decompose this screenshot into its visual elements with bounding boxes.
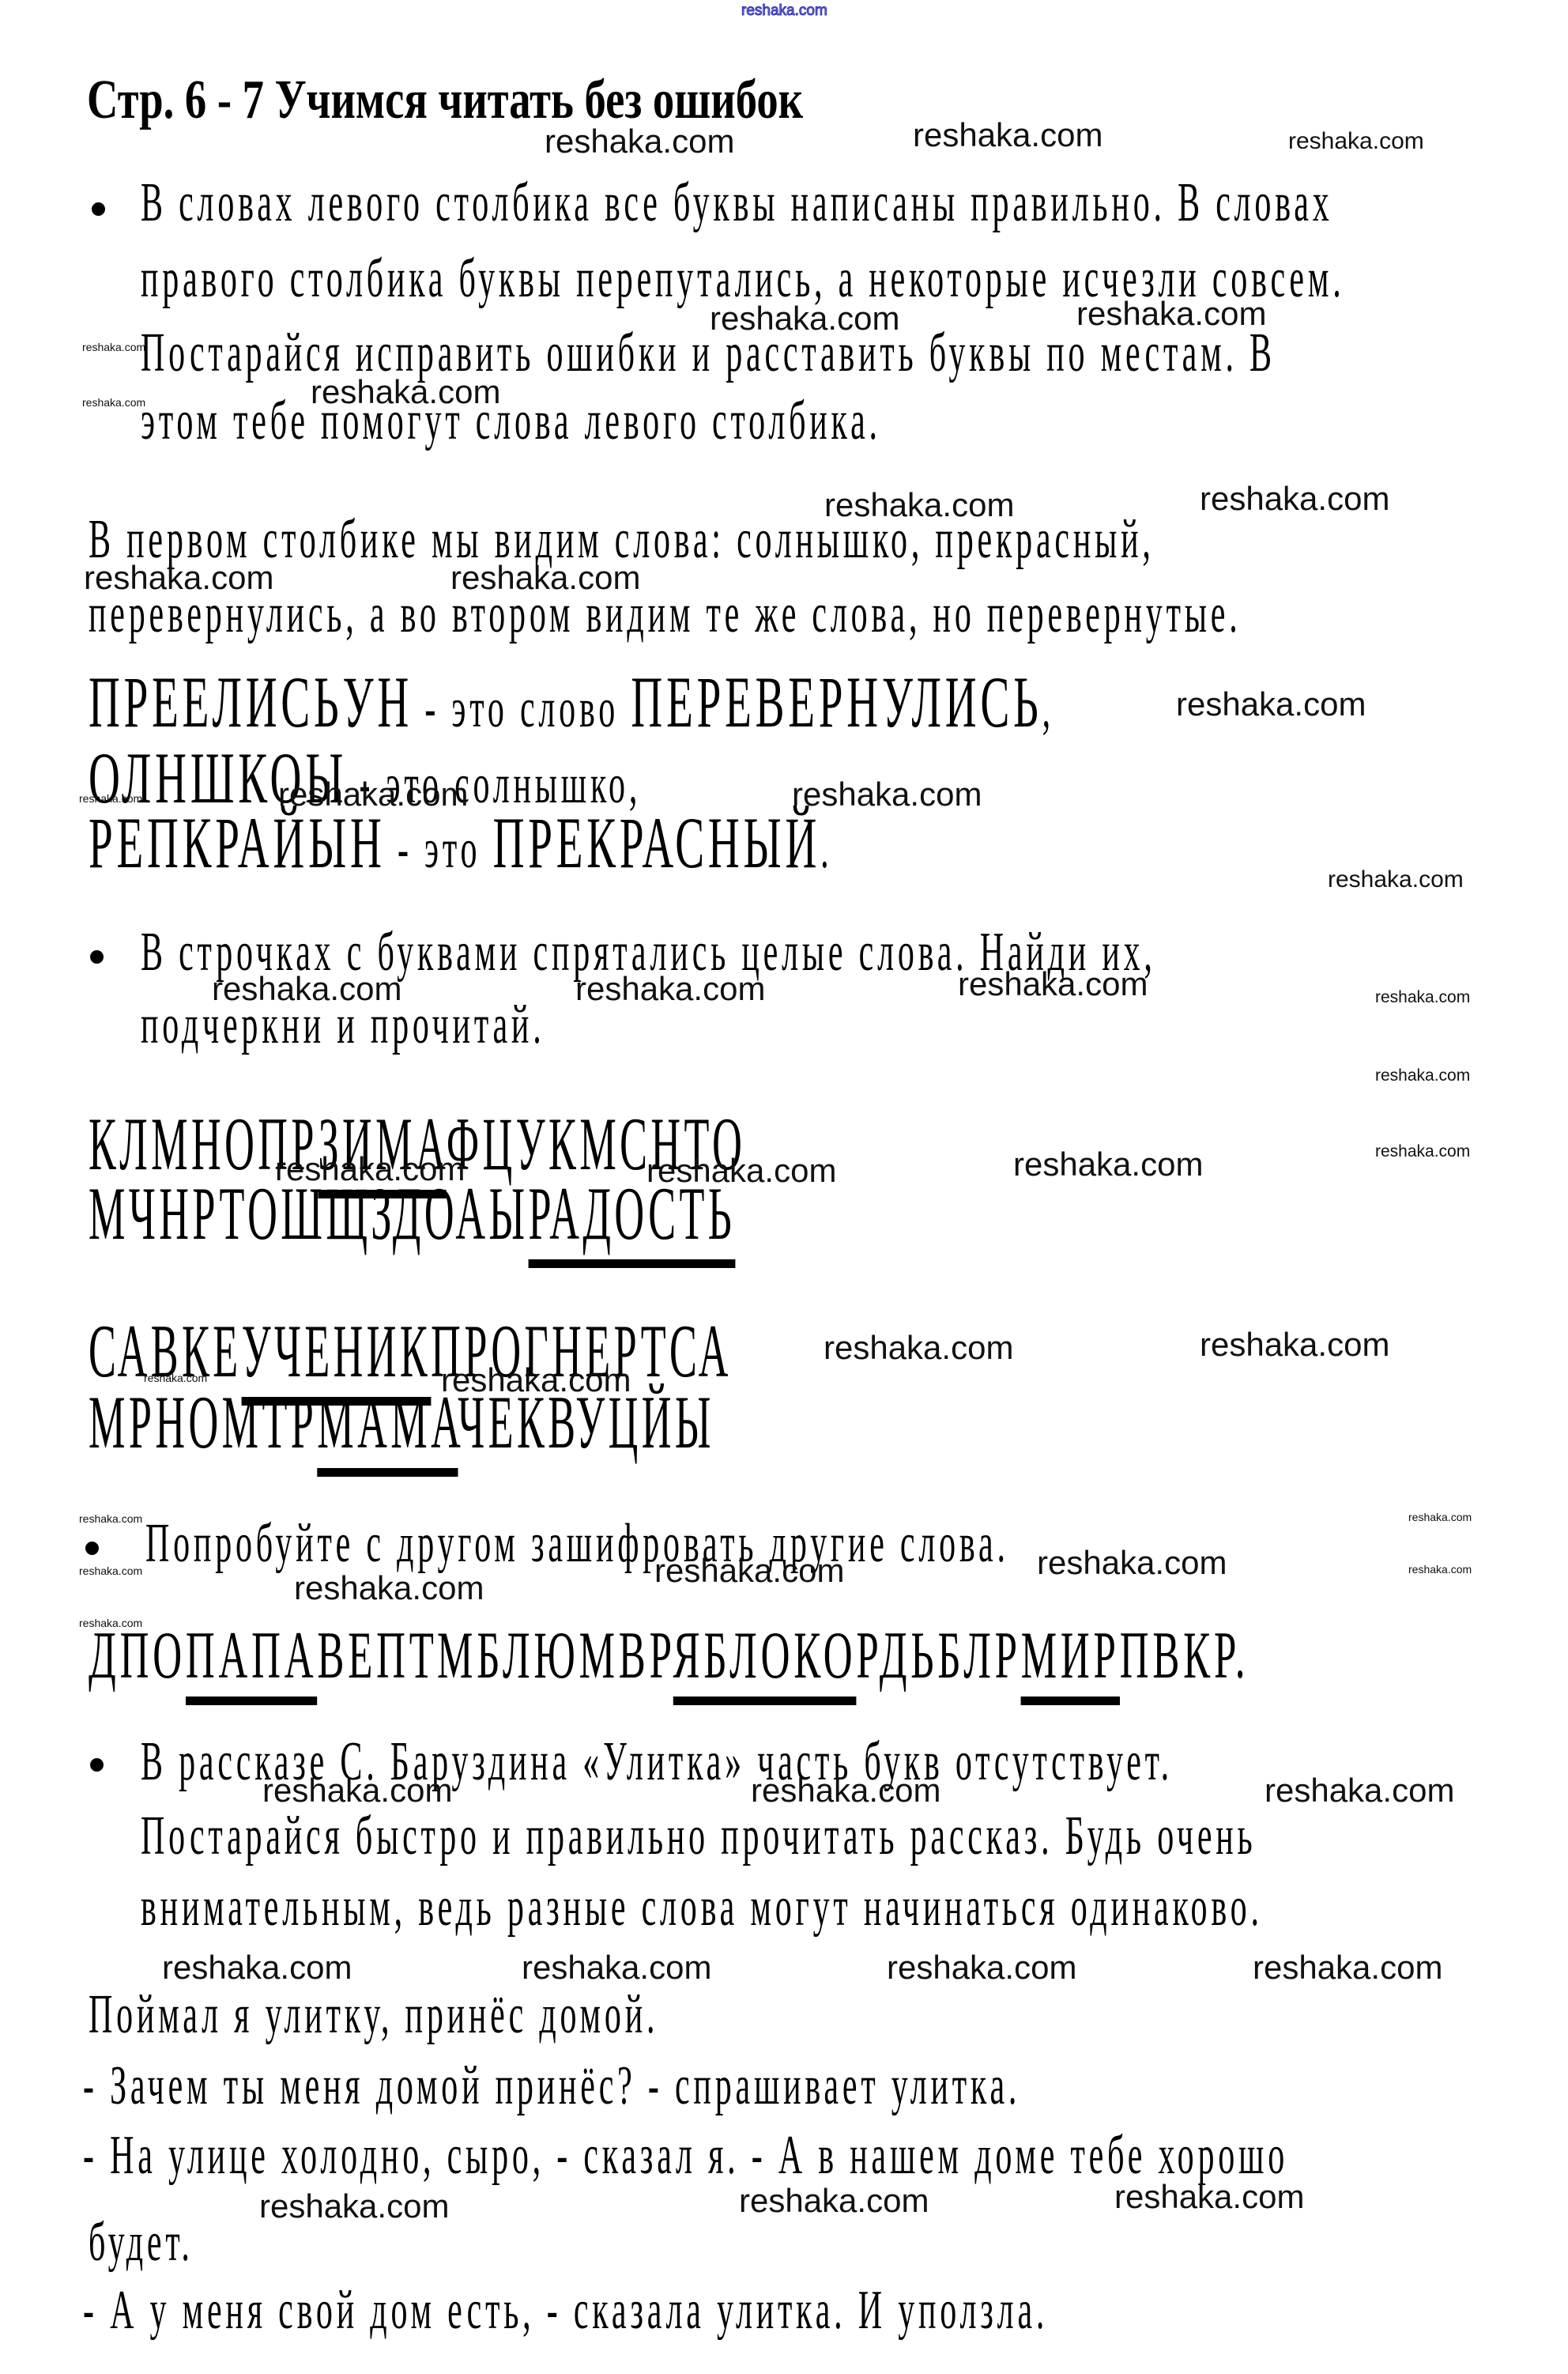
hidden-word-underlined: МИР <box>1021 1618 1120 1705</box>
watermark-text: reshaka.com <box>79 1513 142 1524</box>
bullet-marker <box>92 202 105 216</box>
watermark-text: reshaka.com <box>1288 130 1424 153</box>
task4-line-3: внимательным, ведь разные слова могут на… <box>141 1880 1263 1935</box>
story-line-1: Поймал я улитку, принёс домой. <box>89 1987 658 2043</box>
watermark-text: reshaka.com <box>144 1372 207 1383</box>
watermark-text: reshaka.com <box>792 778 982 811</box>
letters: МРНОМТР <box>89 1380 317 1464</box>
watermark-text: reshaka.com <box>212 972 401 1006</box>
cipher-row: ДПОПАПАВЕПТМБЛЮМВРЯБЛОКОРДЬБЛРМИРПВКР. <box>89 1622 1249 1689</box>
task1-line-4: этом тебе помогут слова левого столбика. <box>141 394 881 449</box>
watermark-text: reshaka.com <box>710 302 899 335</box>
watermark-text: reshaka.com <box>646 1154 836 1187</box>
decoded-punct: , <box>1042 678 1054 739</box>
watermark-text: reshaka.com <box>1076 297 1266 330</box>
watermark-text: reshaka.com <box>958 968 1148 1001</box>
watermark-text: reshaka.com <box>1375 1143 1470 1160</box>
watermark-text: reshaka.com <box>887 1951 1076 1984</box>
bullet-marker <box>90 1758 104 1772</box>
decoded-word: РЕПКРАЙЫН <box>89 802 386 883</box>
watermark-text: reshaka.com <box>311 376 500 409</box>
watermark-text: reshaka.com <box>824 1331 1013 1364</box>
bullet-marker <box>90 950 104 964</box>
decoded-word: ПРЕКРАСНЫЙ <box>493 802 821 883</box>
watermark-text: reshaka.com <box>1408 1512 1472 1523</box>
scanned-workbook-page: Стр. 6 - 7 Учимся читать без ошибок В сл… <box>0 0 1568 2374</box>
watermark-text: reshaka.com <box>1265 1774 1454 1807</box>
watermark-text: reshaka.com <box>79 1565 142 1576</box>
watermark-text: reshaka.com <box>1176 688 1366 721</box>
decoded-word: ПРЕЕЛИСЬУН <box>89 662 413 742</box>
watermark-text: reshaka.com <box>84 561 273 594</box>
watermark-text: reshaka.com <box>545 125 734 158</box>
watermark-text: reshaka.com <box>654 1554 844 1587</box>
watermark-text: reshaka.com <box>1408 1564 1472 1575</box>
watermark-text: reshaka.com <box>751 1774 940 1807</box>
decoded-punct: . <box>820 819 832 880</box>
decoded-text: - это слово <box>413 678 631 739</box>
watermark-text: reshaka.com <box>1375 989 1470 1006</box>
decoded-word: ПЕРЕВЕРНУЛИСЬ <box>631 662 1042 742</box>
watermark-text: reshaka.com <box>1200 1328 1389 1361</box>
watermark-text: reshaka.com <box>522 1951 711 1984</box>
watermark-text: reshaka.com <box>913 119 1102 152</box>
watermark-text: reshaka.com <box>278 778 468 811</box>
task3-line: Попробуйте с другом зашифровать другие с… <box>145 1516 1009 1572</box>
watermark-text: reshaka.com <box>1328 868 1464 892</box>
story-line-2: - Зачем ты меня домой принёс? - спрашива… <box>83 2059 1020 2114</box>
story-line-5: - А у меня свой дом есть, - сказала улит… <box>83 2283 1048 2338</box>
story-line-4: будет. <box>89 2215 194 2270</box>
watermark-text: reshaka.com <box>1253 1951 1442 1984</box>
watermark-text: reshaka.com <box>1200 482 1389 515</box>
decoded-line-1: ПРЕЕЛИСЬУН - это слово ПЕРЕВЕРНУЛИСЬ, <box>89 666 1054 738</box>
watermark-text: reshaka.com <box>441 1364 631 1397</box>
hidden-word-underlined: ЯБЛОКО <box>673 1618 857 1705</box>
watermark-text: reshaka.com <box>259 2190 449 2223</box>
watermark-text: reshaka.com <box>82 397 145 408</box>
watermark-text: reshaka.com <box>1037 1546 1227 1580</box>
story-line-3: - На улице холодно, сыро, - сказал я. - … <box>83 2128 1288 2183</box>
task4-line-2: Постарайся быстро и правильно прочитать … <box>141 1809 1257 1864</box>
decoded-line-3: РЕПКРАЙЫН - это ПРЕКРАСНЫЙ. <box>89 806 832 879</box>
watermark-text: reshaka.com <box>79 1617 142 1629</box>
watermark-text: reshaka.com <box>824 489 1014 522</box>
hidden-word-underlined: МАМА <box>317 1380 458 1477</box>
watermark-text: reshaka.com <box>82 342 145 353</box>
watermark-text: reshaka.com <box>575 972 765 1006</box>
letter-row-2: МЧНРТОШЩЗДОАЫРАДОСТЬ <box>89 1176 735 1251</box>
page-title: Стр. 6 - 7 Учимся читать без ошибок <box>87 73 803 128</box>
letters: ВЕПТМБЛЮМВР <box>317 1618 673 1693</box>
watermark-text: reshaka.com <box>262 1774 452 1807</box>
letters: ПВКР. <box>1120 1618 1249 1693</box>
decoded-text: - это <box>386 819 493 880</box>
hidden-word-underlined: ПАПА <box>186 1618 318 1705</box>
watermark-text: reshaka.com <box>294 1572 484 1605</box>
watermark-text: reshaka.com <box>1013 1148 1203 1181</box>
watermark-text: reshaka.com <box>1375 1067 1470 1084</box>
watermark-text: reshaka.com <box>79 793 142 804</box>
task1-line-1: В словах левого столбика все буквы напис… <box>141 176 1333 231</box>
watermark-text: reshaka.com <box>741 3 827 18</box>
watermark-text: reshaka.com <box>162 1951 352 1984</box>
letters: РДЬБЛР <box>856 1618 1020 1693</box>
bullet-marker <box>85 1542 99 1555</box>
watermark-text: reshaka.com <box>739 2184 929 2217</box>
watermark-text: reshaka.com <box>450 561 640 594</box>
watermark-text: reshaka.com <box>275 1153 465 1186</box>
letters: ДПО <box>89 1618 186 1693</box>
watermark-text: reshaka.com <box>1114 2180 1304 2214</box>
